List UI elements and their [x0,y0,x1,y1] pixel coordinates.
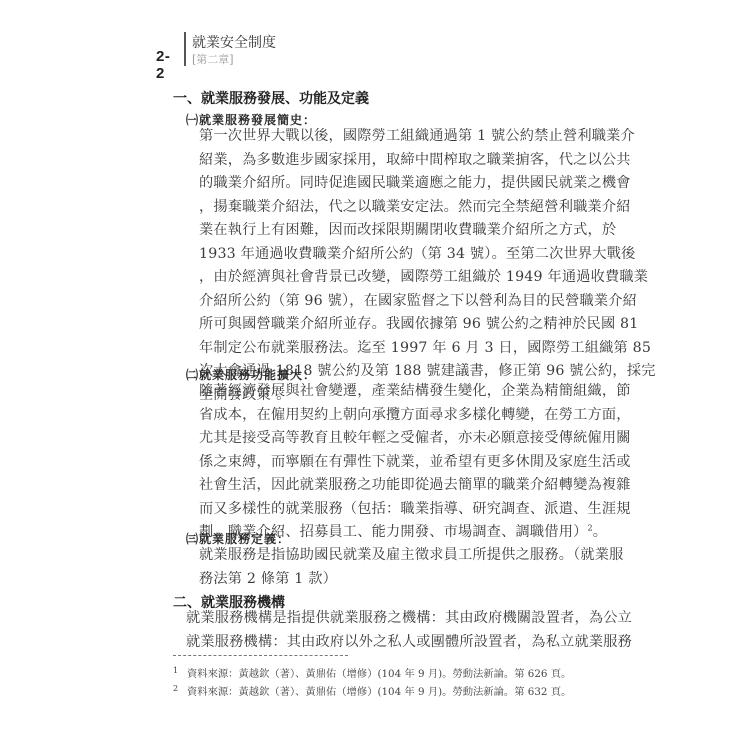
text-line: 就業服務是指協助國民就業及雇主徵求員工所提供之服務。（就業服 [199,544,579,568]
text-line: 的職業介紹所。同時促進國民職業適應之能力，提供國民就業之機會 [199,172,579,196]
page-number: 2-2 [156,48,170,82]
footnote-mark: 2 [173,683,187,695]
header-divider [184,32,186,66]
text-line: 就業服務機構：其由政府以外之私人或團體所設置者，為私立就業服務 [186,631,586,655]
text-line: 隨著經濟發展與社會變遷，產業結構發生變化，企業為精簡組織，節 [199,380,579,404]
text-line: 社會生活，因此就業服務之功能即從過去簡單的職業介紹轉變為複雜 [199,474,579,498]
text-line: 就業服務機構是指提供就業服務之機構：其由政府機關設置者，為公立 [186,607,586,631]
text-line: 係之束縛，而寧願在有彈性下就業，並希望有更多休閒及家庭生活或 [199,451,579,475]
section-title-1: 一、就業服務發展、功能及定義 [173,88,369,108]
text-line: 第一次世界大戰以後，國際勞工組織通過第 1 號公約禁止營利職業介 [199,125,579,149]
text-line: 尤其是接受高等教育且較年輕之受僱者，亦未必願意接受傳統僱用關 [199,427,579,451]
text-line: 介紹所公約（第 96 號），在國家監督之下以營利為目的民營職業介紹 [199,290,579,314]
footnotes: 1資料來源：黃越欽（著）、黃鼎佑（增修）(104 年 9 月)。勞動法新論。第 … [173,665,571,701]
text-line: 紹業，為多數進步國家採用，取締中間榨取之職業掮客，代之以公共 [199,149,579,173]
footnote-text: 資料來源：黃越欽（著）、黃鼎佑（增修）(104 年 9 月)。勞動法新論。第 6… [187,668,571,680]
paragraph-definition: 就業服務是指協助國民就業及雇主徵求員工所提供之服務。（就業服 務法第 2 條第 … [199,544,579,591]
text-line: 業在執行上有困難，因而改採限期關閉收費職業介紹所之方式，於 [199,219,579,243]
text-line: ，由於經濟與社會背景已改變，國際勞工組織於 1949 年通過收費職業 [199,266,579,290]
punctuation: 。 [593,524,607,540]
text-line: 年制定公布就業服務法。迄至 1997 年 6 月 3 日，國際勞工組織第 85 [199,337,579,361]
text-line: 所可與國營職業介紹所並存。我國依據第 96 號公約之精神於民國 81 [199,313,579,337]
footnote-divider [173,655,348,656]
paragraph-history: 第一次世界大戰以後，國際勞工組織通過第 1 號公約禁止營利職業介 紹業，為多數進… [199,125,579,407]
footnote-text: 資料來源：黃越欽（著）、黃鼎佑（增修）(104 年 9 月)。勞動法新論。第 6… [187,686,571,698]
footnote-1: 1資料來源：黃越欽（著）、黃鼎佑（增修）(104 年 9 月)。勞動法新論。第 … [173,665,571,683]
document-page: 2-2 就業安全制度 [第二章] 一、就業服務發展、功能及定義 ㈠就業服務發展簡… [0,0,750,750]
paragraph-function: 隨著經濟發展與社會變遷，產業結構發生變化，企業為精簡組織，節 省成本，在僱用契約… [199,380,579,545]
footnote-2: 2資料來源：黃越欽（著）、黃鼎佑（增修）(104 年 9 月)。勞動法新論。第 … [173,683,571,701]
paragraph-agencies: 就業服務機構是指提供就業服務之機構：其由政府機關設置者，為公立 就業服務機構：其… [186,607,586,654]
text-line: 1933 年通過收費職業介紹所公約（第 34 號）。至第二次世界大戰後 [199,243,579,267]
chapter-label: [第二章] [192,51,234,67]
text-line: ，揚棄職業介紹法，代之以職業安定法。然而完全禁絕營利職業介紹 [199,196,579,220]
book-title: 就業安全制度 [192,32,276,52]
text-line: 而又多樣性的就業服務（包括：職業指導、研究調查、派遣、生涯規 [199,498,579,522]
text-line: 務法第 2 條第 1 款） [199,568,579,592]
footnote-mark: 1 [173,665,187,677]
text-line: 省成本，在僱用契約上朝向承攬方面尋求多樣化轉變，在勞工方面， [199,404,579,428]
